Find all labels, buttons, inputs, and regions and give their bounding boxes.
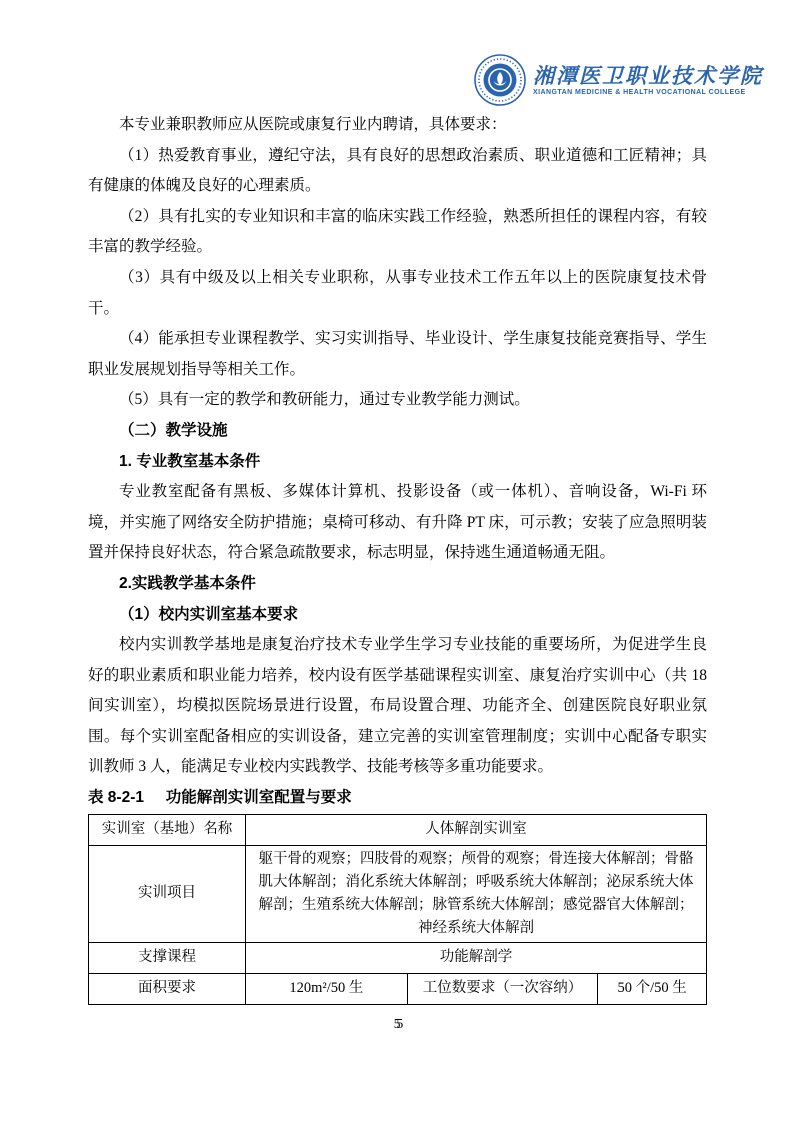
college-name-english: XIANGTAN MEDICINE & HEALTH VOCATIONAL CO…: [533, 88, 763, 97]
cell-area-label: 面积要求: [89, 973, 246, 1004]
table-caption-label: 表 8-2-1: [88, 789, 144, 806]
cell-courses-value: 功能解剖学: [245, 942, 706, 973]
cell-room-name-value: 人体解剖实训室: [245, 814, 706, 845]
heading-classroom-conditions: 1. 专业教室基本条件: [88, 447, 707, 478]
table-row-courses: 支撑课程 功能解剖学: [89, 942, 707, 973]
cell-projects-value: 躯干骨的观察；四肢骨的观察；颅骨的观察；骨连接大体解剖；骨骼肌大体解剖；消化系统…: [245, 845, 706, 942]
table-caption: 表 8-2-1功能解剖实训室配置与要求: [88, 783, 707, 814]
cell-stations-value: 50 个/50 生: [598, 973, 707, 1004]
paragraph-intro: 本专业兼职教师应从医院或康复行业内聘请，具体要求：: [88, 110, 707, 141]
paragraph-item-2: （2）具有扎实的专业知识和丰富的临床实践工作经验，熟悉所担任的课程内容，有较丰富…: [88, 202, 707, 263]
table-row-projects: 实训项目 躯干骨的观察；四肢骨的观察；颅骨的观察；骨连接大体解剖；骨骼肌大体解剖…: [89, 845, 707, 942]
paragraph-item-4: （4）能承担专业课程教学、实习实训指导、毕业设计、学生康复技能竞赛指导、学生职业…: [88, 324, 707, 385]
document-page: 湘潭医卫职业技术学院 XIANGTAN MEDICINE & HEALTH VO…: [0, 0, 793, 1122]
heading-lab-requirements: （1）校内实训室基本要求: [88, 600, 707, 631]
document-body: 本专业兼职教师应从医院或康复行业内聘请，具体要求： （1）热爱教育事业，遵纪守法…: [88, 110, 707, 1005]
paragraph-item-5: （5）具有一定的教学和教研能力，通过专业教学能力测试。: [88, 385, 707, 416]
paragraph-training-base: 校内实训教学基地是康复治疗技术专业学生学习专业技能的重要场所，为促进学生良好的职…: [88, 630, 707, 783]
table-caption-title: 功能解剖实训室配置与要求: [166, 789, 352, 806]
college-name-chinese: 湘潭医卫职业技术学院: [533, 64, 763, 88]
college-seal-icon: [474, 54, 526, 106]
paragraph-item-1: （1）热爱教育事业，遵纪守法，具有良好的思想政治素质、职业道德和工匠精神；具有健…: [88, 141, 707, 202]
paragraph-classroom: 专业教室配备有黑板、多媒体计算机、投影设备（或一体机）、音响设备，Wi-Fi 环…: [88, 477, 707, 569]
cell-projects-label: 实训项目: [89, 845, 246, 942]
cell-area-value: 120m²/50 生: [245, 973, 407, 1004]
heading-teaching-facilities: （二）教学设施: [88, 416, 707, 447]
college-logo: 湘潭医卫职业技术学院 XIANGTAN MEDICINE & HEALTH VO…: [533, 64, 763, 97]
training-room-spec-table: 实训室（基地）名称 人体解剖实训室 实训项目 躯干骨的观察；四肢骨的观察；颅骨的…: [88, 814, 707, 1005]
cell-room-name-label: 实训室（基地）名称: [89, 814, 246, 845]
table-row-room-name: 实训室（基地）名称 人体解剖实训室: [89, 814, 707, 845]
heading-practice-conditions: 2.实践教学基本条件: [88, 569, 707, 600]
page-number: 55: [0, 1016, 793, 1032]
table-row-area: 面积要求 120m²/50 生 工位数要求（一次容纳） 50 个/50 生: [89, 973, 707, 1004]
cell-stations-label: 工位数要求（一次容纳）: [407, 973, 597, 1004]
page-header: 湘潭医卫职业技术学院 XIANGTAN MEDICINE & HEALTH VO…: [474, 54, 763, 106]
paragraph-item-3: （3）具有中级及以上相关专业职称，从事专业技术工作五年以上的医院康复技术骨干。: [88, 263, 707, 324]
cell-courses-label: 支撑课程: [89, 942, 246, 973]
